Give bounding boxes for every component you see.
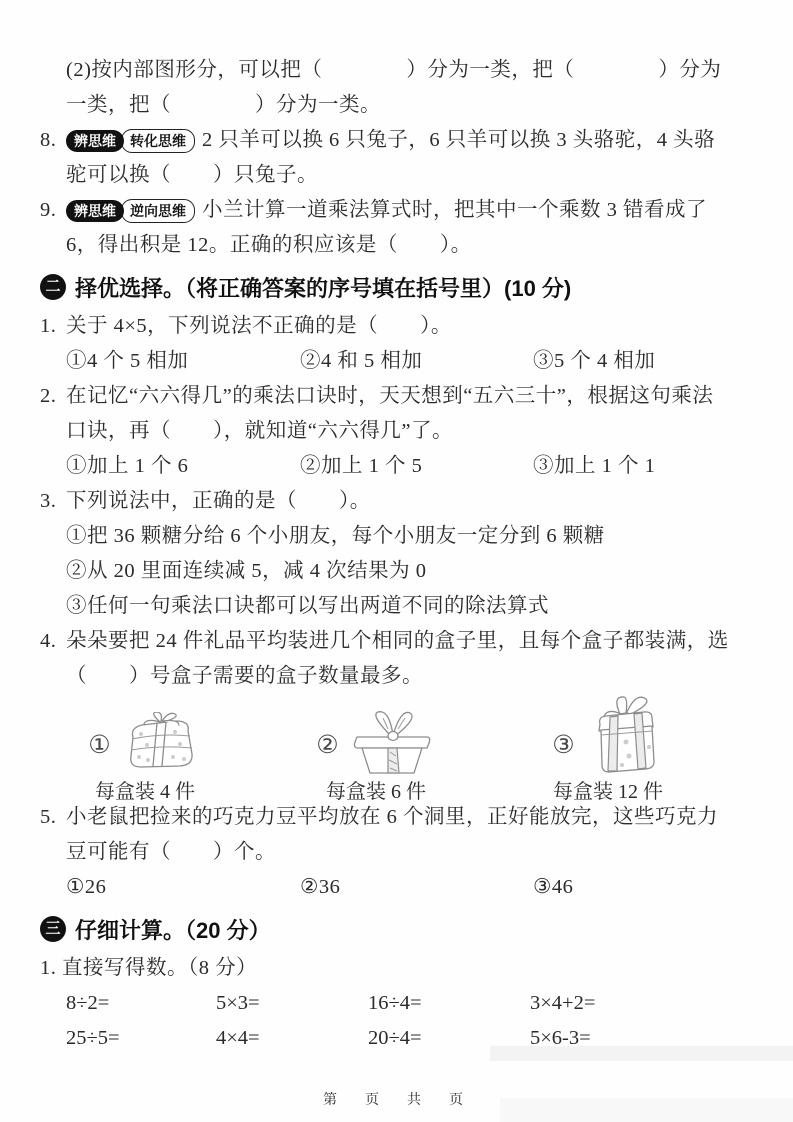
question-number: 5. xyxy=(40,800,66,835)
calc-expression: 8÷2= xyxy=(66,986,216,1021)
gift-option-label: 每盒装 12 件 xyxy=(518,775,698,804)
fill-question-7-2-line2: 一类，把（ ）分为一类。 xyxy=(40,88,767,123)
gift-figure: ③ xyxy=(518,694,698,774)
calc-expression: 25÷5= xyxy=(66,1021,216,1056)
option-number-circle: ② xyxy=(316,733,338,774)
choice-question-5-line2: 豆可能有（ ）个。 xyxy=(40,835,767,870)
option-item: ①4 个 5 相加 xyxy=(66,344,300,379)
choice-1-options-row: ①4 个 5 相加 ②4 和 5 相加 ③5 个 4 相加 xyxy=(40,344,767,379)
choice-5-options-row: ①26 ②36 ③46 xyxy=(40,870,767,905)
option-number-circle: ① xyxy=(88,733,110,774)
gift-box-bow-icon xyxy=(348,710,436,774)
question-number: 4. xyxy=(40,624,66,659)
fill-question-7-2-line1: (2)按内部图形分，可以把（ ）分为一类，把（ ）分为 xyxy=(40,53,767,88)
fill-question-8-line2: 驼可以换（ ）只兔子。 xyxy=(40,158,767,193)
calc-subtitle: 1. 直接写得数。（8 分） xyxy=(40,951,767,986)
choice-question-3-line1: 3. 下列说法中，正确的是（ ）。 xyxy=(40,484,767,519)
gift-option-label: 每盒装 4 件 xyxy=(55,775,235,804)
choice-question-2-line2: 口诀，再（ ），就知道“六六得几”了。 xyxy=(40,414,767,449)
section-number-badge: 三 xyxy=(40,916,66,942)
fill-question-9-line2: 6，得出积是 12。正确的积应该是（ ）。 xyxy=(40,228,767,263)
choice-question-1: 1. 关于 4×5，下列说法不正确的是（ ）。 xyxy=(40,309,767,344)
calc-expression: 3×4+2= xyxy=(530,986,767,1021)
option-item: ③46 xyxy=(533,870,767,905)
choice-2-options-row: ①加上 1 个 6 ②加上 1 个 5 ③加上 1 个 1 xyxy=(40,449,767,484)
section-header-3: 三 仔细计算。（20 分） xyxy=(40,907,767,951)
thinking-skill-badge: 辨思维 xyxy=(66,130,124,152)
section-title: 仔细计算。（20 分） xyxy=(75,914,271,945)
option-item: ②加上 1 个 5 xyxy=(300,449,533,484)
calc-expression: 4×4= xyxy=(216,1021,368,1056)
gift-box-tall-icon xyxy=(584,692,664,774)
question-text: 朵朵要把 24 件礼品平均装进几个相同的盒子里，且每个盒子都装满，选 xyxy=(66,624,729,659)
gift-option-2: ② 每盒装 6 件 xyxy=(286,694,466,804)
option-item: ②4 和 5 相加 xyxy=(300,344,533,379)
choice-question-4-line1: 4. 朵朵要把 24 件礼品平均装进几个相同的盒子里，且每个盒子都装满，选 xyxy=(40,624,767,659)
option-item: ③5 个 4 相加 xyxy=(533,344,767,379)
gift-option-1: ① 每盒装 4 件 xyxy=(55,694,235,804)
option-item: ③加上 1 个 1 xyxy=(533,449,767,484)
option-item: ①26 xyxy=(66,870,300,905)
choice-question-2-line1: 2. 在记忆“六六得几”的乘法口诀时，天天想到“五六三十”，根据这句乘法 xyxy=(40,379,767,414)
calc-expression: 16÷4= xyxy=(368,986,530,1021)
option-item: ③任何一句乘法口诀都可以写出两道不同的除法算式 xyxy=(40,589,767,624)
gift-box-options-row: ① 每盒装 4 件 ② xyxy=(40,694,767,800)
question-text: 小兰计算一道乘法算式时，把其中一个乘数 3 错看成了 xyxy=(202,193,707,228)
footer-page-label: 第 页 共 页 xyxy=(0,1089,793,1109)
question-text: 小老鼠把捡来的巧克力豆平均放在 6 个洞里，正好能放完，这些巧克力 xyxy=(66,800,718,835)
calc-row-1: 8÷2= 5×3= 16÷4= 3×4+2= xyxy=(40,986,767,1021)
gift-figure: ② xyxy=(286,694,466,774)
choice-question-4-line2: （ ）号盒子需要的盒子数量最多。 xyxy=(40,659,767,694)
thinking-type-badge: 逆向思维 xyxy=(121,199,195,223)
question-number: 1. xyxy=(40,309,66,344)
question-number: 3. xyxy=(40,484,66,519)
worksheet-page: (2)按内部图形分，可以把（ ）分为一类，把（ ）分为 一类，把（ ）分为一类。… xyxy=(0,0,793,1122)
question-number: 2. xyxy=(40,379,66,414)
gift-figure: ① xyxy=(55,694,235,774)
fill-question-8-line1: 8. 辨思维 转化思维 2 只羊可以换 6 只兔子，6 只羊可以换 3 头骆驼，… xyxy=(40,123,767,158)
option-item: ②36 xyxy=(300,870,533,905)
option-item: ①加上 1 个 6 xyxy=(66,449,300,484)
gift-option-3: ③ 每盒装 12 件 xyxy=(518,694,698,804)
question-text: 下列说法中，正确的是（ ）。 xyxy=(66,484,371,519)
thinking-type-badge: 转化思维 xyxy=(121,129,195,153)
gift-option-label: 每盒装 6 件 xyxy=(286,775,466,804)
question-text: 2 只羊可以换 6 只兔子，6 只羊可以换 3 头骆驼，4 头骆 xyxy=(202,123,715,158)
gift-box-small-icon xyxy=(120,712,202,774)
thinking-skill-badge: 辨思维 xyxy=(66,200,124,222)
question-text: 关于 4×5，下列说法不正确的是（ ）。 xyxy=(66,309,452,344)
question-number: 8. xyxy=(40,123,66,158)
scan-artifact xyxy=(490,1046,793,1061)
section-number-badge: 二 xyxy=(40,274,66,300)
choice-question-5-line1: 5. 小老鼠把捡来的巧克力豆平均放在 6 个洞里，正好能放完，这些巧克力 xyxy=(40,800,767,835)
section-header-2: 二 择优选择。（将正确答案的序号填在括号里）(10 分) xyxy=(40,265,767,309)
option-item: ①把 36 颗糖分给 6 个小朋友，每个小朋友一定分到 6 颗糖 xyxy=(40,519,767,554)
option-number-circle: ③ xyxy=(552,733,574,774)
section-title: 择优选择。（将正确答案的序号填在括号里）(10 分) xyxy=(75,272,571,303)
fill-question-9-line1: 9. 辨思维 逆向思维 小兰计算一道乘法算式时，把其中一个乘数 3 错看成了 xyxy=(40,193,767,228)
question-number: 9. xyxy=(40,193,66,228)
calc-expression: 5×3= xyxy=(216,986,368,1021)
question-text: 在记忆“六六得几”的乘法口诀时，天天想到“五六三十”，根据这句乘法 xyxy=(66,379,713,414)
option-item: ②从 20 里面连续减 5，减 4 次结果为 0 xyxy=(40,554,767,589)
